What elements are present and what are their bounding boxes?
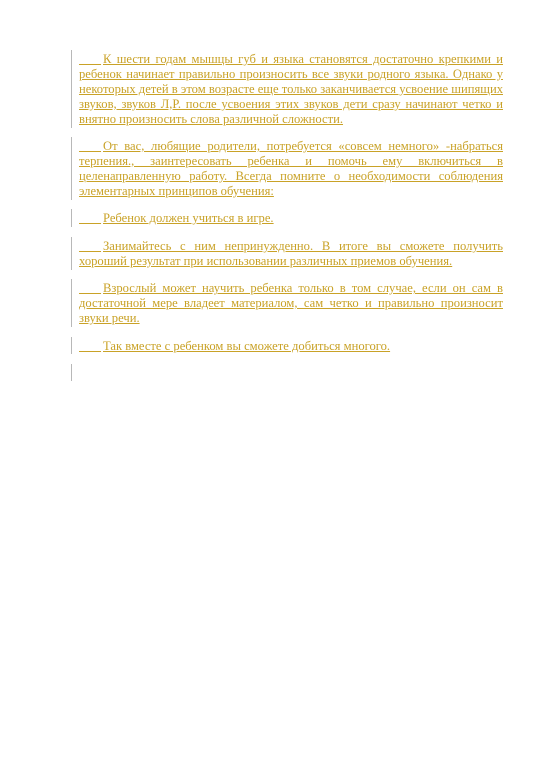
paragraph-6[interactable]: Так вместе с ребенком вы сможете добитьс…	[71, 339, 503, 354]
paragraph-text: К шести годам мышцы губ и языка становят…	[79, 52, 503, 126]
document-body: К шести годам мышцы губ и языка становят…	[71, 52, 503, 384]
paragraph-text: Ребенок должен учиться в игре.	[103, 211, 274, 225]
first-line-indent	[79, 139, 103, 154]
paragraph-2[interactable]: От вас, любящие родители, потребуется «с…	[71, 139, 503, 199]
first-line-indent	[79, 281, 103, 296]
first-line-indent	[79, 211, 103, 226]
document-page: К шести годам мышцы губ и языка становят…	[0, 0, 543, 768]
paragraph-5[interactable]: Взрослый может научить ребенка только в …	[71, 281, 503, 326]
empty-paragraph[interactable]	[71, 366, 503, 380]
paragraph-1[interactable]: К шести годам мышцы губ и языка становят…	[71, 52, 503, 127]
paragraph-text: Взрослый может научить ребенка только в …	[79, 281, 503, 325]
first-line-indent	[79, 239, 103, 254]
paragraph-text: От вас, любящие родители, потребуется «с…	[79, 139, 503, 198]
first-line-indent	[79, 339, 103, 354]
paragraph-text: Занимайтесь с ним непринужденно. В итоге…	[79, 239, 503, 268]
paragraph-text: Так вместе с ребенком вы сможете добитьс…	[103, 339, 390, 353]
paragraph-3[interactable]: Ребенок должен учиться в игре.	[71, 211, 503, 226]
first-line-indent	[79, 52, 103, 67]
paragraph-4[interactable]: Занимайтесь с ним непринужденно. В итоге…	[71, 239, 503, 269]
